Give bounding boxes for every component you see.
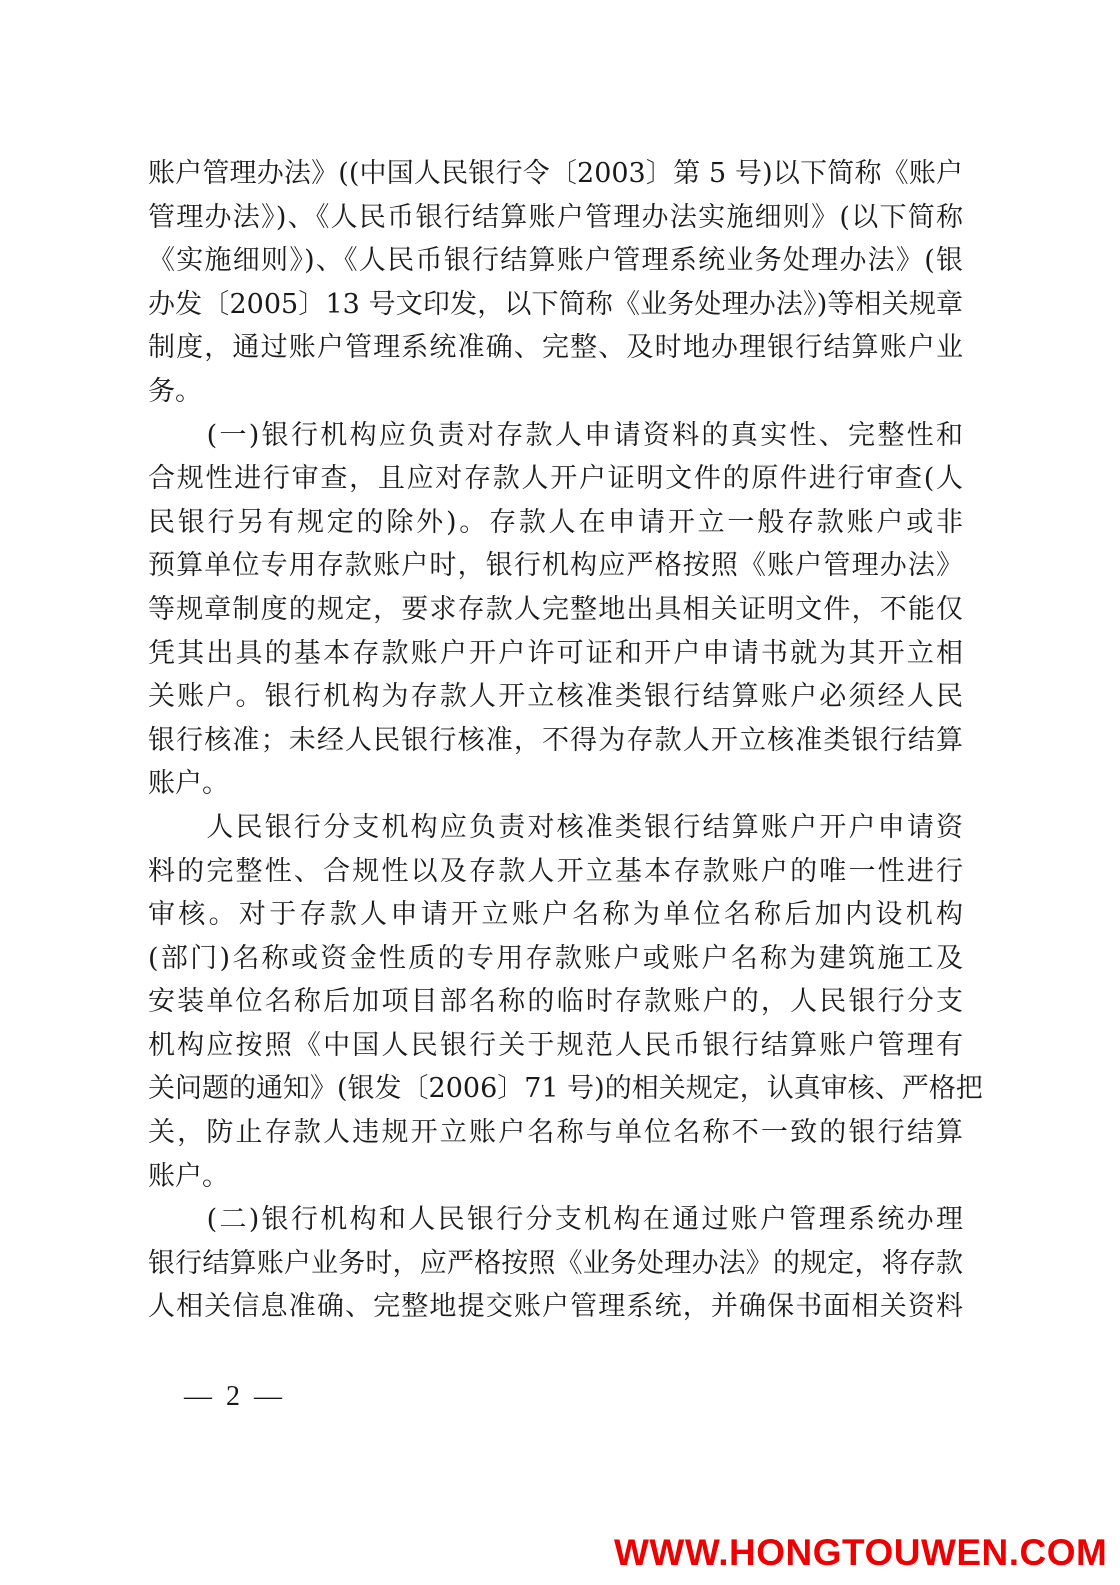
text-line: 账户。 (148, 762, 963, 806)
body-text: 账户管理办法》((中国人民银行令〔2003〕第 5 号)以下简称《账户 管理办法… (148, 152, 963, 1329)
paragraph-1-start: (一)银行机构应负责对存款人申请资料的真实性、完整性和 (148, 414, 963, 458)
text-line: 关问题的通知》(银发〔2006〕71 号)的相关规定，认真审核、严格把 (148, 1067, 963, 1111)
text-line: 民银行另有规定的除外)。存款人在申请开立一般存款账户或非 (148, 501, 963, 545)
paragraph-2-start: 人民银行分支机构应负责对核准类银行结算账户开户申请资 (148, 806, 963, 850)
text-line: 审核。对于存款人申请开立账户名称为单位名称后加内设机构 (148, 893, 963, 937)
text-line: 安装单位名称后加项目部名称的临时存款账户的，人民银行分支 (148, 980, 963, 1024)
text-line: 银行核准；未经人民银行核准，不得为存款人开立核准类银行结算 (148, 719, 963, 763)
page-number: — 2 — (184, 1377, 282, 1417)
text-line: 务。 (148, 370, 963, 414)
text-line: 关账户。银行机构为存款人开立核准类银行结算账户必须经人民 (148, 675, 963, 719)
text-line: 办发〔2005〕13 号文印发，以下简称《业务处理办法》)等相关规章 (148, 283, 963, 327)
text-line: 机构应按照《中国人民银行关于规范人民币银行结算账户管理有 (148, 1024, 963, 1068)
text-line: 等规章制度的规定，要求存款人完整地出具相关证明文件，不能仅 (148, 588, 963, 632)
paragraph-3-start: (二)银行机构和人民银行分支机构在通过账户管理系统办理 (148, 1198, 963, 1242)
text-line: 制度，通过账户管理系统准确、完整、及时地办理银行结算账户业 (148, 326, 963, 370)
text-line: (部门)名称或资金性质的专用存款账户或账户名称为建筑施工及 (148, 937, 963, 981)
text-line: 人相关信息准确、完整地提交账户管理系统，并确保书面相关资料 (148, 1285, 963, 1329)
text-line: 账户管理办法》((中国人民银行令〔2003〕第 5 号)以下简称《账户 (148, 152, 963, 196)
text-line: 账户。 (148, 1155, 963, 1199)
text-line: 《实施细则》)、《人民币银行结算账户管理系统业务处理办法》(银 (148, 239, 963, 283)
text-line: 料的完整性、合规性以及存款人开立基本存款账户的唯一性进行 (148, 850, 963, 894)
document-page: 账户管理办法》((中国人民银行令〔2003〕第 5 号)以下简称《账户 管理办法… (0, 0, 1120, 1585)
text-line: 预算单位专用存款账户时，银行机构应严格按照《账户管理办法》 (148, 544, 963, 588)
text-line: 关，防止存款人违规开立账户名称与单位名称不一致的银行结算 (148, 1111, 963, 1155)
text-line: 凭其出具的基本存款账户开户许可证和开户申请书就为其开立相 (148, 632, 963, 676)
text-line: 银行结算账户业务时，应严格按照《业务处理办法》的规定，将存款 (148, 1242, 963, 1286)
text-line: 合规性进行审查，且应对存款人开户证明文件的原件进行审查(人 (148, 457, 963, 501)
watermark-url: WWW.HONGTOUWEN.COM (614, 1533, 1107, 1573)
text-line: 管理办法》)、《人民币银行结算账户管理办法实施细则》(以下简称 (148, 196, 963, 240)
